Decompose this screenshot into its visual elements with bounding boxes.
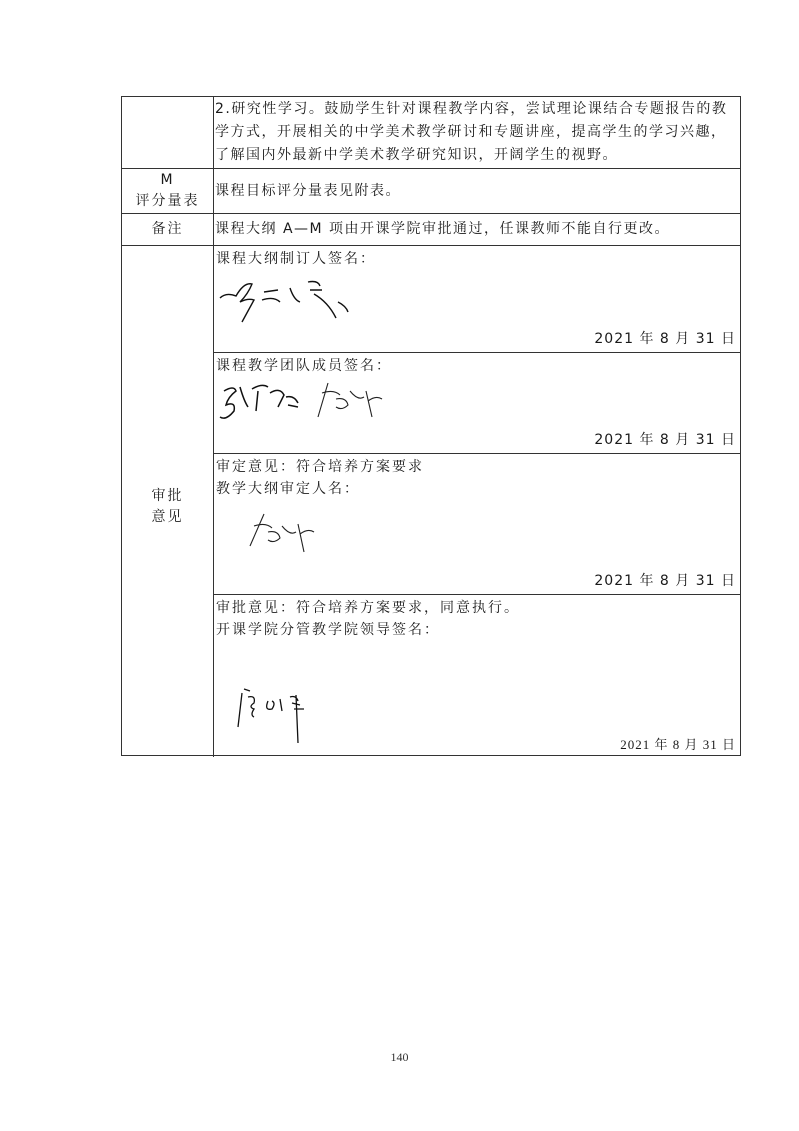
drafter-signature-label: 课程大纲制订人签名： <box>216 248 376 270</box>
row-label-rubric: M 评分量表 <box>122 169 213 213</box>
approval-section-review: 审定意见：符合培养方案要求 教学大纲审定人名： 2021 年 8 月 31 日 <box>214 454 740 595</box>
page-number: 140 <box>0 1050 799 1065</box>
reviewer-signature-label: 教学大纲审定人名： <box>216 478 360 500</box>
rubric-label-line2: 评分量表 <box>136 191 200 212</box>
review-date: 2021 年 8 月 31 日 <box>594 570 736 590</box>
drafter-date: 2021 年 8 月 31 日 <box>594 328 736 348</box>
row-research-learning: 2.研究性学习。鼓励学生针对课程教学内容，尝试理论课结合专题报告的教学方式，开展… <box>122 97 740 169</box>
row-label-approval: 审批 意见 <box>122 246 213 757</box>
approval-section-team: 课程教学团队成员签名： 2021 年 8 月 31 日 <box>214 353 740 454</box>
team-signatures <box>218 377 418 427</box>
rubric-text: 课程目标评分量表见附表。 <box>215 169 736 213</box>
row-notes: 备注 课程大纲 A—M 项由开课学院审批通过，任课教师不能自行更改。 <box>122 214 740 246</box>
notes-label: 备注 <box>122 214 213 245</box>
approval-section-college: 审批意见：符合培养方案要求，同意执行。 开课学院分管教学院领导签名： 2021 … <box>214 595 740 757</box>
approval-label-line2: 意见 <box>152 507 184 528</box>
syllabus-table: 2.研究性学习。鼓励学生针对课程教学内容，尝试理论课结合专题报告的教学方式，开展… <box>121 96 741 756</box>
row-label <box>122 97 213 168</box>
rubric-label-line1: M <box>160 170 174 191</box>
row-approval: 审批 意见 课程大纲制订人签名： 2021 年 8 月 31 日 课程教学团队成… <box>122 246 740 757</box>
college-approval-opinion: 审批意见：符合培养方案要求，同意执行。 <box>216 597 520 619</box>
team-signature-label: 课程教学团队成员签名： <box>216 355 392 377</box>
review-opinion: 审定意见：符合培养方案要求 <box>216 456 424 478</box>
approval-label-line1: 审批 <box>152 486 184 507</box>
research-learning-text: 2.研究性学习。鼓励学生针对课程教学内容，尝试理论课结合专题报告的教学方式，开展… <box>215 98 736 168</box>
row-rubric: M 评分量表 课程目标评分量表见附表。 <box>122 169 740 214</box>
college-leader-signature <box>234 683 334 749</box>
college-leader-signature-label: 开课学院分管教学院领导签名： <box>216 619 440 641</box>
approval-section-drafter: 课程大纲制订人签名： 2021 年 8 月 31 日 <box>214 246 740 353</box>
reviewer-signature <box>244 510 344 560</box>
team-date: 2021 年 8 月 31 日 <box>594 429 736 449</box>
notes-text: 课程大纲 A—M 项由开课学院审批通过，任课教师不能自行更改。 <box>215 214 736 245</box>
college-date: 2021 年 8 月 31 日 <box>620 734 736 753</box>
drafter-signature <box>218 272 368 328</box>
